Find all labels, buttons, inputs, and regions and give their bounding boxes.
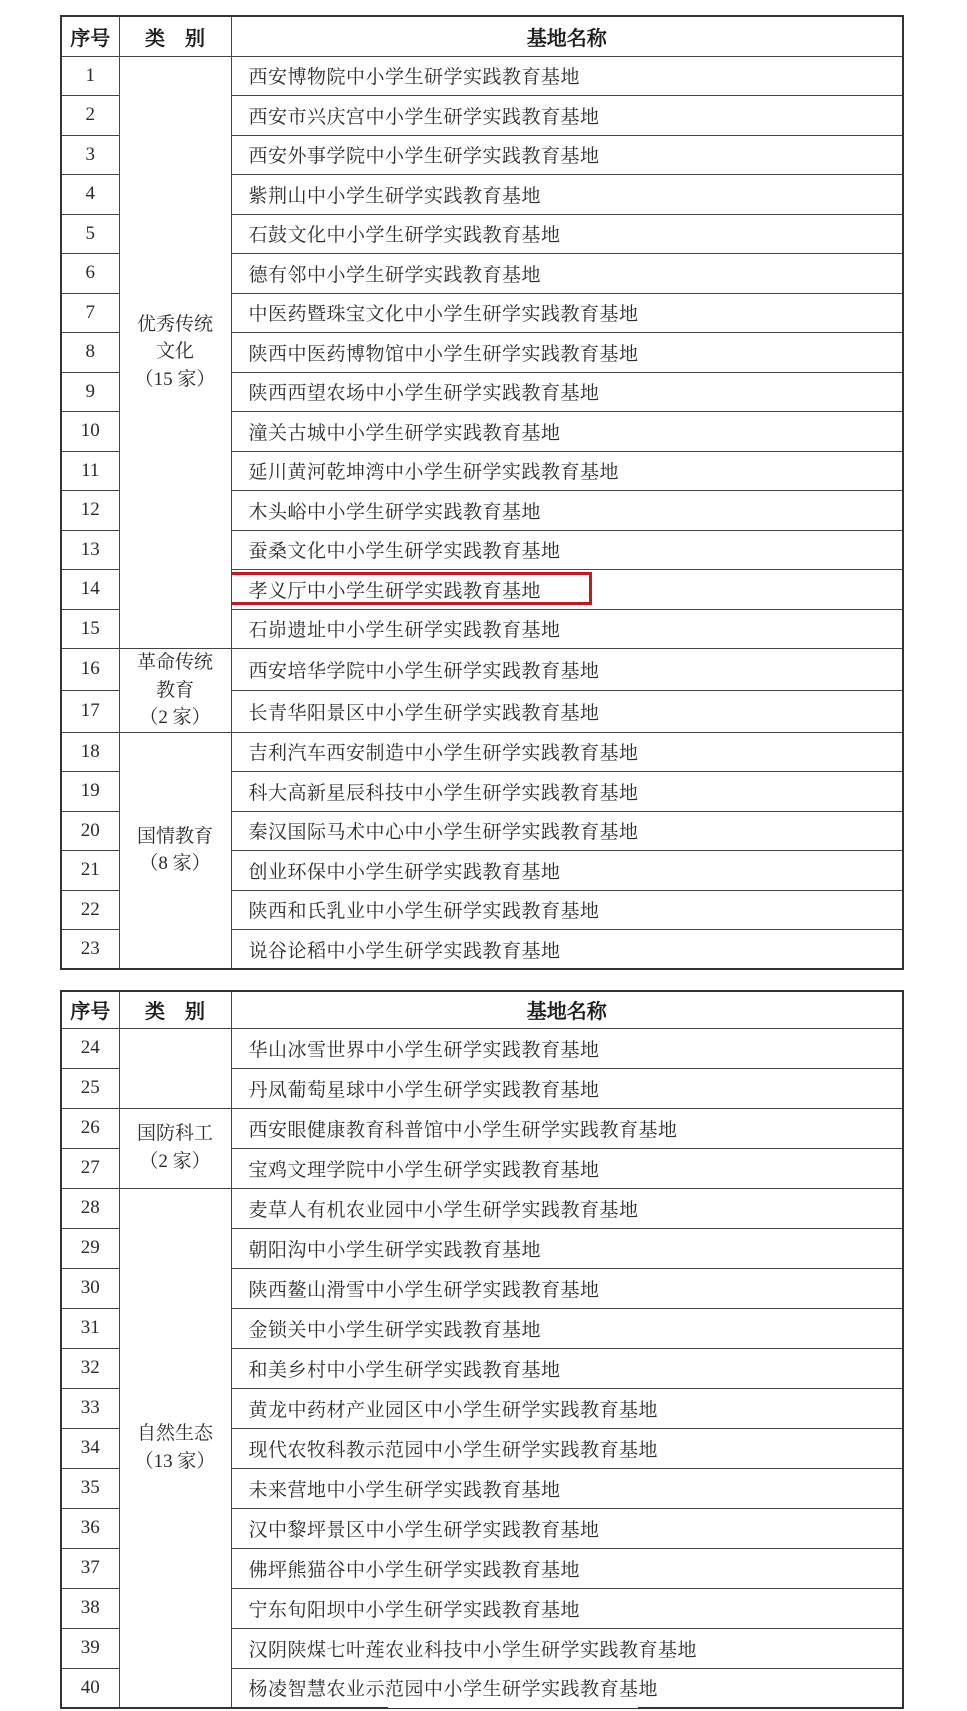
table-row: 1优秀传统文化（15 家）西安博物院中小学生研学实践教育基地 (61, 56, 903, 96)
col-header-base-name: 基地名称 (231, 991, 903, 1028)
base-name: 科大高新星辰科技中小学生研学实践教育基地 (231, 772, 903, 812)
row-index: 12 (61, 491, 119, 531)
base-name: 汉阴陕煤七叶莲农业科技中小学生研学实践教育基地 (231, 1628, 903, 1668)
base-name: 黄龙中药材产业园区中小学生研学实践教育基地 (231, 1388, 903, 1428)
base-name: 西安外事学院中小学生研学实践教育基地 (231, 135, 903, 175)
row-index: 19 (61, 772, 119, 812)
row-index: 14 (61, 570, 119, 610)
row-index: 40 (61, 1668, 119, 1708)
base-name: 现代农牧科教示范园中小学生研学实践教育基地 (231, 1428, 903, 1468)
base-name: 汉中黎坪景区中小学生研学实践教育基地 (231, 1508, 903, 1548)
row-index: 8 (61, 333, 119, 373)
category-cell: 革命传统教育（2 家） (119, 649, 231, 733)
row-index: 39 (61, 1628, 119, 1668)
base-name: 和美乡村中小学生研学实践教育基地 (231, 1348, 903, 1388)
base-name: 说谷论稻中小学生研学实践教育基地 (231, 930, 903, 970)
row-index: 25 (61, 1068, 119, 1108)
col-header-index: 序号 (61, 16, 119, 56)
col-header-category: 类 别 (119, 16, 231, 56)
base-name-highlighted: 孝义厅中小学生研学实践教育基地 (231, 570, 903, 610)
table-row: 28自然生态（13 家）麦草人有机农业园中小学生研学实践教育基地 (61, 1188, 903, 1228)
base-name: 朝阳沟中小学生研学实践教育基地 (231, 1228, 903, 1268)
base-name: 西安博物院中小学生研学实践教育基地 (231, 56, 903, 96)
row-index: 27 (61, 1148, 119, 1188)
base-name: 蚕桑文化中小学生研学实践教育基地 (231, 530, 903, 570)
base-name: 宁东旬阳坝中小学生研学实践教育基地 (231, 1588, 903, 1628)
base-name: 西安培华学院中小学生研学实践教育基地 (231, 649, 903, 691)
row-index: 10 (61, 412, 119, 452)
row-index: 16 (61, 649, 119, 691)
bases-table-rows-1-23: 序号 类 别 基地名称 1优秀传统文化（15 家）西安博物院中小学生研学实践教育… (60, 15, 904, 970)
row-index: 21 (61, 851, 119, 891)
document-page: 序号 类 别 基地名称 1优秀传统文化（15 家）西安博物院中小学生研学实践教育… (0, 0, 967, 1711)
scan-artifact-dashed-border (638, 1702, 904, 1707)
base-name: 中医药暨珠宝文化中小学生研学实践教育基地 (231, 293, 903, 333)
category-cell: 自然生态（13 家） (119, 1188, 231, 1708)
header-row: 序号 类 别 基地名称 (61, 991, 903, 1028)
base-name: 延川黄河乾坤湾中小学生研学实践教育基地 (231, 451, 903, 491)
row-index: 6 (61, 254, 119, 294)
base-name: 石峁遗址中小学生研学实践教育基地 (231, 609, 903, 649)
row-index: 29 (61, 1228, 119, 1268)
col-header-base-name: 基地名称 (231, 16, 903, 56)
red-highlight-box (231, 572, 592, 605)
base-name: 陕西鳌山滑雪中小学生研学实践教育基地 (231, 1268, 903, 1308)
base-name: 西安市兴庆宫中小学生研学实践教育基地 (231, 96, 903, 136)
row-index: 9 (61, 372, 119, 412)
base-name: 宝鸡文理学院中小学生研学实践教育基地 (231, 1148, 903, 1188)
base-name: 西安眼健康教育科普馆中小学生研学实践教育基地 (231, 1108, 903, 1148)
base-name: 未来营地中小学生研学实践教育基地 (231, 1468, 903, 1508)
base-name: 木头峪中小学生研学实践教育基地 (231, 491, 903, 531)
base-name: 麦草人有机农业园中小学生研学实践教育基地 (231, 1188, 903, 1228)
row-index: 7 (61, 293, 119, 333)
row-index: 15 (61, 609, 119, 649)
base-name: 陕西中医药博物馆中小学生研学实践教育基地 (231, 333, 903, 373)
category-cell: 优秀传统文化（15 家） (119, 56, 231, 649)
row-index: 31 (61, 1308, 119, 1348)
base-name: 丹凤葡萄星球中小学生研学实践教育基地 (231, 1068, 903, 1108)
base-name: 陕西和氏乳业中小学生研学实践教育基地 (231, 890, 903, 930)
row-index: 11 (61, 451, 119, 491)
row-index: 34 (61, 1428, 119, 1468)
base-name: 长青华阳景区中小学生研学实践教育基地 (231, 690, 903, 732)
row-index: 13 (61, 530, 119, 570)
row-index: 5 (61, 214, 119, 254)
base-name: 陕西西望农场中小学生研学实践教育基地 (231, 372, 903, 412)
row-index: 30 (61, 1268, 119, 1308)
row-index: 36 (61, 1508, 119, 1548)
row-index: 37 (61, 1548, 119, 1588)
col-header-index: 序号 (61, 991, 119, 1028)
bases-table-rows-24-40: 序号 类 别 基地名称 24华山冰雪世界中小学生研学实践教育基地25丹凤葡萄星球… (60, 990, 904, 1709)
row-index: 28 (61, 1188, 119, 1228)
row-index: 35 (61, 1468, 119, 1508)
row-index: 32 (61, 1348, 119, 1388)
base-name: 华山冰雪世界中小学生研学实践教育基地 (231, 1028, 903, 1068)
table-row: 24华山冰雪世界中小学生研学实践教育基地 (61, 1028, 903, 1068)
category-cell-empty (119, 1028, 231, 1108)
table-row: 18国情教育（8 家）吉利汽车西安制造中小学生研学实践教育基地 (61, 732, 903, 772)
base-name: 秦汉国际马术中心中小学生研学实践教育基地 (231, 811, 903, 851)
row-index: 33 (61, 1388, 119, 1428)
header-row: 序号 类 别 基地名称 (61, 16, 903, 56)
table-row: 26国防科工（2 家）西安眼健康教育科普馆中小学生研学实践教育基地 (61, 1108, 903, 1148)
row-index: 20 (61, 811, 119, 851)
base-name: 潼关古城中小学生研学实践教育基地 (231, 412, 903, 452)
table-row: 16革命传统教育（2 家）西安培华学院中小学生研学实践教育基地 (61, 649, 903, 691)
row-index: 3 (61, 135, 119, 175)
row-index: 18 (61, 732, 119, 772)
base-name: 佛坪熊猫谷中小学生研学实践教育基地 (231, 1548, 903, 1588)
row-index: 17 (61, 690, 119, 732)
base-name: 德有邻中小学生研学实践教育基地 (231, 254, 903, 294)
base-name: 紫荆山中小学生研学实践教育基地 (231, 175, 903, 215)
row-index: 24 (61, 1028, 119, 1068)
row-index: 4 (61, 175, 119, 215)
base-name: 吉利汽车西安制造中小学生研学实践教育基地 (231, 732, 903, 772)
category-cell: 国情教育（8 家） (119, 732, 231, 969)
row-index: 26 (61, 1108, 119, 1148)
row-index: 38 (61, 1588, 119, 1628)
row-index: 1 (61, 56, 119, 96)
base-name: 创业环保中小学生研学实践教育基地 (231, 851, 903, 891)
category-cell: 国防科工（2 家） (119, 1108, 231, 1188)
row-index: 23 (61, 930, 119, 970)
base-name: 金锁关中小学生研学实践教育基地 (231, 1308, 903, 1348)
scan-artifact-fade (388, 1701, 638, 1708)
col-header-category: 类 别 (119, 991, 231, 1028)
row-index: 22 (61, 890, 119, 930)
row-index: 2 (61, 96, 119, 136)
base-name: 石鼓文化中小学生研学实践教育基地 (231, 214, 903, 254)
